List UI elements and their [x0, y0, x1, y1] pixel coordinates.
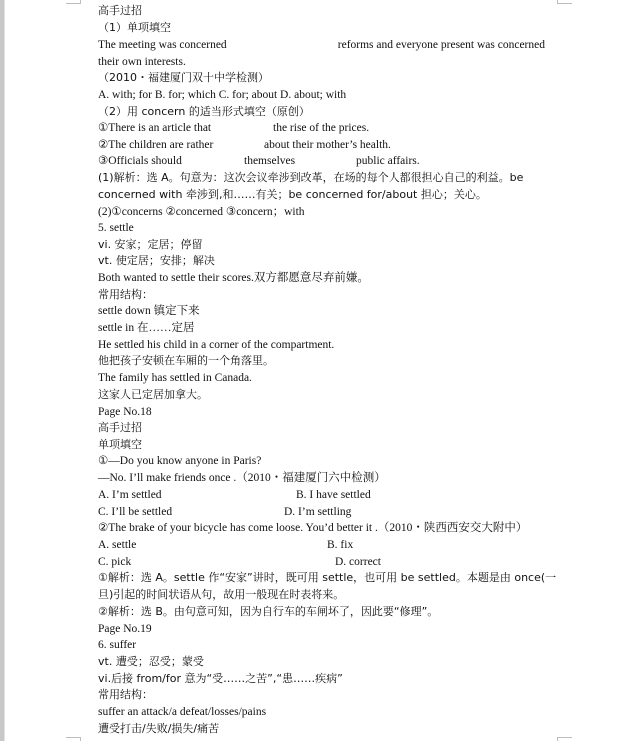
analysis-text: (1)解析：选 A。句意为：这次会议牵涉到改革，在场的每个人都很担心自己的利益。…	[98, 170, 523, 186]
option-d: D. correct	[335, 554, 381, 570]
phrase: settle down 镇定下来	[98, 303, 200, 319]
analysis-text: 旦)引起的时间状语从句，故用一般现在时表将来。	[98, 587, 344, 603]
question-text-left: The meeting was concerned	[98, 37, 227, 53]
section-subtitle: 单项填空	[98, 437, 142, 453]
fill-item-text: ②The children are rather	[98, 139, 213, 151]
option-c: C. I’ll be settled	[98, 506, 172, 518]
option-b: B. I have settled	[296, 487, 371, 503]
definition: vt. 使定居；安排；解决	[98, 253, 215, 269]
section-heading: 高手过招	[98, 420, 142, 436]
analysis-text: concerned with 牵涉到,和……有关；be concerned fo…	[98, 187, 487, 203]
fill-item-1: ①There is an article that the rise of th…	[98, 120, 211, 136]
structures-label: 常用结构：	[98, 287, 153, 303]
analysis-text: (2)①concerns ②concerned ③concern；with	[98, 204, 305, 220]
fill-item-text: themselves	[244, 153, 295, 169]
question-line: The meeting was concerned reforms and ev…	[98, 37, 545, 53]
question-source: （2010・福建厦门双十中学检测）	[98, 70, 269, 86]
definition: vi.后接 from/for 意为“受……之苦”,“患……疾病”	[98, 671, 343, 687]
crop-mark-bottom-left	[66, 737, 81, 741]
fill-item-3: ③Officials should themselves public affa…	[98, 153, 182, 169]
option-a: A. settle	[98, 539, 136, 551]
fill-item-text: ①There is an article that	[98, 122, 211, 134]
option-row: A. settle B. fix	[98, 537, 136, 553]
crop-mark-top-right	[557, 0, 572, 4]
fill-item-text: ③Officials should	[98, 155, 182, 167]
question-text-right: reforms and everyone present was concern…	[338, 37, 545, 53]
option-d: D. I’m settling	[284, 504, 351, 520]
crop-mark-top-left	[66, 0, 81, 4]
question-line: ①—Do you know anyone in Paris?	[98, 453, 261, 469]
section-heading: 高手过招	[98, 3, 142, 19]
structures-label: 常用结构：	[98, 687, 153, 703]
definition: vi. 安家；定居；停留	[98, 237, 203, 253]
example-sentence: He settled his child in a corner of the …	[98, 337, 334, 353]
definition: vt. 遭受；忍受；蒙受	[98, 654, 204, 670]
question-line: ②The brake of your bicycle has come loos…	[98, 520, 527, 536]
crop-mark-bottom-right	[557, 737, 572, 741]
fill-item-text: about their mother’s health.	[264, 137, 391, 153]
window-left-edge	[0, 0, 5, 741]
option-c: C. pick	[98, 556, 131, 568]
phrase: settle in 在……定居	[98, 320, 194, 336]
fill-item-2: ②The children are rather about their mot…	[98, 137, 213, 153]
answer-options: A. with; for B. for; which C. for; about…	[98, 87, 346, 103]
page-number: Page No.18	[98, 404, 152, 420]
option-a: A. I’m settled	[98, 489, 162, 501]
fill-item-text: public affairs.	[356, 153, 420, 169]
analysis-text: ①解析：选 A。settle 作“安家”讲时，既可用 settle，也可用 be…	[98, 570, 556, 586]
entry-title: 5. settle	[98, 220, 134, 236]
question-line: —No. I’ll make friends once .（2010・福建厦门六…	[98, 470, 386, 486]
option-b: B. fix	[327, 537, 353, 553]
page-number: Page No.19	[98, 621, 152, 637]
part-title: （2）用 concern 的适当形式填空（原创）	[98, 104, 310, 120]
part-title: （1）单项填空	[98, 20, 171, 36]
phrase-translation: 遭受打击/失败/损失/痛苦	[98, 721, 219, 737]
example-sentence: The family has settled in Canada.	[98, 370, 252, 386]
fill-item-text: the rise of the prices.	[273, 120, 369, 136]
example-sentence: Both wanted to settle their scores.双方都愿意…	[98, 270, 369, 286]
example-translation: 他把孩子安顿在车厢的一个角落里。	[98, 353, 274, 369]
analysis-text: ②解析：选 B。由句意可知，因为自行车的车闸坏了，因此要“修理”。	[98, 604, 438, 620]
entry-title: 6. suffer	[98, 637, 136, 653]
option-row: C. I’ll be settled D. I’m settling	[98, 504, 172, 520]
example-translation: 这家人已定居加拿大。	[98, 387, 208, 403]
phrase: suffer an attack/a defeat/losses/pains	[98, 704, 266, 720]
question-line-continued: their own interests.	[98, 54, 186, 70]
option-row: A. I’m settled B. I have settled	[98, 487, 162, 503]
option-row: C. pick D. correct	[98, 554, 131, 570]
